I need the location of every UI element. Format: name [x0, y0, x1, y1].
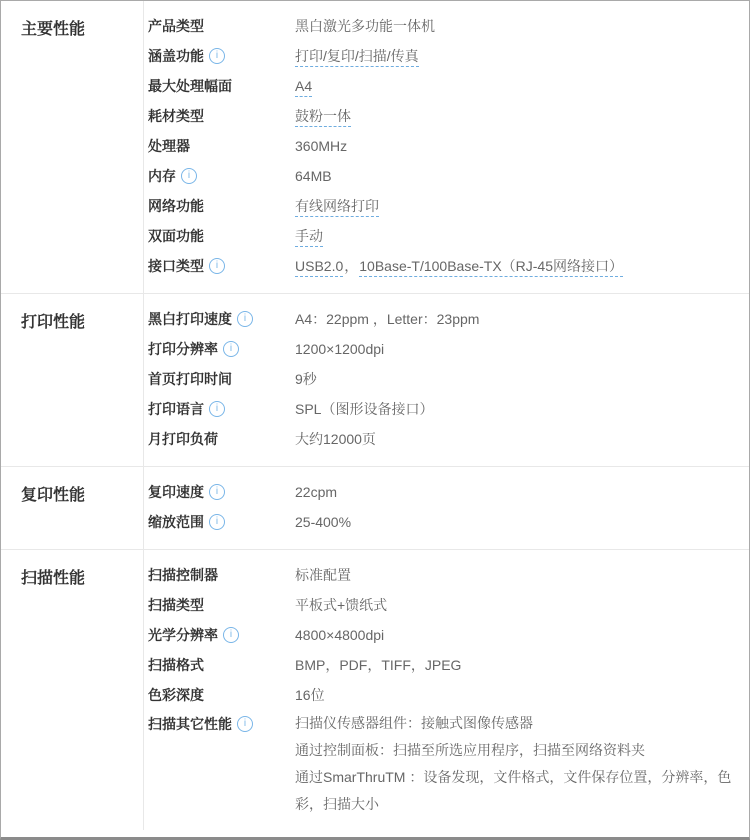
spec-value-line: 扫描仪传感器组件：接触式图像传感器 [295, 710, 734, 737]
info-icon[interactable]: i [209, 48, 225, 64]
spec-row: 最大处理幅面 A4 [148, 71, 734, 101]
spec-row: 打印语言i SPL（图形设备接口） [148, 394, 734, 424]
spec-value-link[interactable]: 有线网络打印 [295, 198, 379, 217]
spec-label-text: 网络功能 [148, 196, 204, 216]
spec-value-line: 通过SmarThruTM ：设备发现，文件格式，文件保存位置，分辨率，色彩，扫描… [295, 764, 734, 818]
spec-label-text: 扫描其它性能 [148, 714, 232, 734]
section-body: 扫描控制器 标准配置 扫描类型 平板式+馈纸式 光学分辨率i 4800×4800… [144, 550, 749, 830]
info-icon[interactable]: i [209, 401, 225, 417]
spec-value: 9秒 [295, 369, 734, 389]
spec-label: 首页打印时间 [148, 369, 295, 389]
spec-value: 64MB [295, 168, 734, 184]
spec-section-print: 打印性能 黑白打印速度i A4：22ppm ，Letter：23ppm 打印分辨… [1, 293, 749, 466]
spec-label: 扫描类型 [148, 595, 295, 615]
spec-label-text: 双面功能 [148, 226, 204, 246]
spec-label: 黑白打印速度i [148, 309, 295, 329]
spec-value: A4：22ppm ，Letter：23ppm [295, 309, 734, 329]
spec-value-text: 平板式+馈纸式 [295, 597, 387, 613]
spec-value: 360MHz [295, 138, 734, 154]
spec-row: 首页打印时间 9秒 [148, 364, 734, 394]
section-title: 打印性能 [1, 294, 144, 466]
spec-value: 扫描仪传感器组件：接触式图像传感器 通过控制面板：扫描至所选应用程序，扫描至网络… [295, 710, 734, 818]
spec-label: 色彩深度 [148, 685, 295, 705]
spec-value: 平板式+馈纸式 [295, 595, 734, 615]
spec-label-text: 缩放范围 [148, 512, 204, 532]
spec-row: 双面功能 手动 [148, 221, 734, 251]
spec-label-text: 打印分辨率 [148, 339, 218, 359]
spec-value-link[interactable]: 10Base-T/100Base-TX（RJ-45网络接口） [359, 258, 623, 277]
spec-label: 扫描其它性能i [148, 710, 295, 734]
spec-value-text: 64MB [295, 168, 332, 184]
spec-value-text: 25-400% [295, 514, 351, 530]
spec-label: 扫描控制器 [148, 565, 295, 585]
spec-label-text: 色彩深度 [148, 685, 204, 705]
spec-value: SPL（图形设备接口） [295, 399, 734, 419]
spec-value-text: 360MHz [295, 138, 347, 154]
spec-value: 22cpm [295, 484, 734, 500]
spec-row: 打印分辨率i 1200×1200dpi [148, 334, 734, 364]
spec-value-text: 4800×4800dpi [295, 627, 384, 643]
info-icon[interactable]: i [223, 341, 239, 357]
spec-section-copy: 复印性能 复印速度i 22cpm 缩放范围i 25-400% [1, 466, 749, 549]
spec-value: USB2.0，10Base-T/100Base-TX（RJ-45网络接口） [295, 256, 734, 276]
spec-row: 复印速度i 22cpm [148, 477, 734, 507]
section-body: 复印速度i 22cpm 缩放范围i 25-400% [144, 467, 749, 549]
spec-label: 打印语言i [148, 399, 295, 419]
spec-row: 月打印负荷 大约12000页 [148, 424, 734, 454]
spec-row: 耗材类型 鼓粉一体 [148, 101, 734, 131]
spec-value: 25-400% [295, 514, 734, 530]
spec-value-separator: ， [343, 258, 359, 274]
spec-row: 处理器 360MHz [148, 131, 734, 161]
spec-value-link[interactable]: 手动 [295, 228, 323, 247]
spec-label: 处理器 [148, 136, 295, 156]
spec-value: 16位 [295, 685, 734, 705]
spec-label: 复印速度i [148, 482, 295, 502]
spec-value-text: 1200×1200dpi [295, 341, 384, 357]
spec-row: 内存i 64MB [148, 161, 734, 191]
spec-row: 缩放范围i 25-400% [148, 507, 734, 537]
spec-label-text: 内存 [148, 166, 176, 186]
spec-label: 双面功能 [148, 226, 295, 246]
spec-label-text: 扫描控制器 [148, 565, 218, 585]
spec-value-text: 16位 [295, 687, 325, 703]
spec-value: 标准配置 [295, 565, 734, 585]
spec-label-text: 光学分辨率 [148, 625, 218, 645]
spec-panel: 主要性能 产品类型 黑白激光多功能一体机 涵盖功能i 打印/复印/扫描/传真 最… [0, 0, 750, 840]
spec-value-text: 标准配置 [295, 567, 351, 583]
info-icon[interactable]: i [237, 311, 253, 327]
spec-value-text: A4：22ppm ，Letter：23ppm [295, 311, 479, 327]
spec-label-text: 处理器 [148, 136, 190, 156]
spec-label-text: 耗材类型 [148, 106, 204, 126]
spec-label: 产品类型 [148, 16, 295, 36]
info-icon[interactable]: i [209, 484, 225, 500]
spec-value: 打印/复印/扫描/传真 [295, 46, 734, 66]
spec-row: 黑白打印速度i A4：22ppm ，Letter：23ppm [148, 304, 734, 334]
section-title: 复印性能 [1, 467, 144, 549]
spec-row: 扫描其它性能i 扫描仪传感器组件：接触式图像传感器 通过控制面板：扫描至所选应用… [148, 710, 734, 818]
spec-label: 光学分辨率i [148, 625, 295, 645]
info-icon[interactable]: i [209, 514, 225, 530]
spec-section-scan: 扫描性能 扫描控制器 标准配置 扫描类型 平板式+馈纸式 光学分辨率i 4800… [1, 549, 749, 830]
spec-label-text: 复印速度 [148, 482, 204, 502]
spec-label-text: 涵盖功能 [148, 46, 204, 66]
spec-section-main: 主要性能 产品类型 黑白激光多功能一体机 涵盖功能i 打印/复印/扫描/传真 最… [1, 1, 749, 293]
spec-label: 内存i [148, 166, 295, 186]
spec-value: 4800×4800dpi [295, 627, 734, 643]
spec-label-text: 扫描类型 [148, 595, 204, 615]
spec-row: 色彩深度 16位 [148, 680, 734, 710]
spec-label-text: 最大处理幅面 [148, 76, 232, 96]
spec-value: 有线网络打印 [295, 196, 734, 216]
spec-value-text: 黑白激光多功能一体机 [295, 18, 435, 34]
spec-value-link[interactable]: 鼓粉一体 [295, 108, 351, 127]
spec-value-text: BMP，PDF，TIFF，JPEG [295, 657, 461, 673]
spec-value: A4 [295, 78, 734, 94]
spec-value-link[interactable]: USB2.0 [295, 258, 343, 277]
section-body: 产品类型 黑白激光多功能一体机 涵盖功能i 打印/复印/扫描/传真 最大处理幅面… [144, 1, 749, 293]
spec-label-text: 首页打印时间 [148, 369, 232, 389]
spec-label: 最大处理幅面 [148, 76, 295, 96]
spec-label: 扫描格式 [148, 655, 295, 675]
spec-label: 月打印负荷 [148, 429, 295, 449]
info-icon[interactable]: i [237, 716, 253, 732]
spec-row: 扫描控制器 标准配置 [148, 560, 734, 590]
spec-row: 产品类型 黑白激光多功能一体机 [148, 11, 734, 41]
spec-value: 鼓粉一体 [295, 106, 734, 126]
spec-value-text: 9秒 [295, 371, 317, 387]
spec-label: 网络功能 [148, 196, 295, 216]
spec-value-link[interactable]: 打印/复印/扫描/传真 [295, 48, 419, 67]
spec-value-text: SPL（图形设备接口） [295, 401, 433, 417]
spec-value-text: 22cpm [295, 484, 337, 500]
spec-row: 接口类型i USB2.0，10Base-T/100Base-TX（RJ-45网络… [148, 251, 734, 281]
spec-label: 涵盖功能i [148, 46, 295, 66]
spec-label: 耗材类型 [148, 106, 295, 126]
spec-value-text: 大约12000页 [295, 431, 376, 447]
section-title: 主要性能 [1, 1, 144, 293]
section-body: 黑白打印速度i A4：22ppm ，Letter：23ppm 打印分辨率i 12… [144, 294, 749, 466]
info-icon[interactable]: i [223, 627, 239, 643]
spec-label-text: 产品类型 [148, 16, 204, 36]
spec-label-text: 黑白打印速度 [148, 309, 232, 329]
spec-value: 1200×1200dpi [295, 341, 734, 357]
spec-value: BMP，PDF，TIFF，JPEG [295, 655, 734, 675]
section-title: 扫描性能 [1, 550, 144, 830]
spec-value: 大约12000页 [295, 429, 734, 449]
spec-label-text: 接口类型 [148, 256, 204, 276]
spec-label: 接口类型i [148, 256, 295, 276]
spec-row: 网络功能 有线网络打印 [148, 191, 734, 221]
spec-value-link[interactable]: A4 [295, 78, 312, 97]
spec-row: 扫描类型 平板式+馈纸式 [148, 590, 734, 620]
spec-value-line: 通过控制面板：扫描至所选应用程序，扫描至网络资料夹 [295, 737, 734, 764]
spec-row: 光学分辨率i 4800×4800dpi [148, 620, 734, 650]
spec-label: 缩放范围i [148, 512, 295, 532]
spec-label-text: 扫描格式 [148, 655, 204, 675]
spec-label-text: 月打印负荷 [148, 429, 218, 449]
spec-row: 涵盖功能i 打印/复印/扫描/传真 [148, 41, 734, 71]
spec-label-text: 打印语言 [148, 399, 204, 419]
spec-value: 黑白激光多功能一体机 [295, 16, 734, 36]
info-icon[interactable]: i [181, 168, 197, 184]
spec-row: 扫描格式 BMP，PDF，TIFF，JPEG [148, 650, 734, 680]
spec-label: 打印分辨率i [148, 339, 295, 359]
info-icon[interactable]: i [209, 258, 225, 274]
spec-value: 手动 [295, 226, 734, 246]
